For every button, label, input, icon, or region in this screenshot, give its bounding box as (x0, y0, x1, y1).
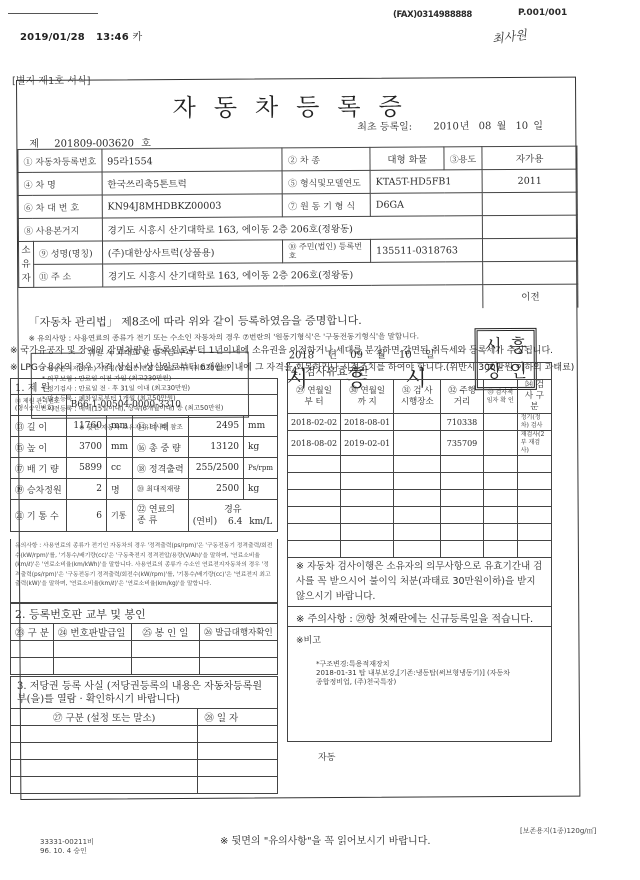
rated-output-value: 255/2500 (188, 458, 243, 479)
insp-confirm (483, 414, 517, 431)
gross-weight-unit: kg (244, 437, 278, 458)
length-unit: mm (106, 416, 132, 437)
empty-cell (341, 524, 394, 541)
form-approval: 96. 10. 4 승인 (40, 847, 94, 856)
empty-cell (394, 490, 441, 507)
empty-cell (131, 641, 199, 658)
inspection-section-title: 4. 검사유효기간 (288, 363, 552, 380)
remarks-line: 2018-01-31 탑 내부보강,[기존:냉동탑(써브형냉동기)] (자동차 (316, 669, 543, 678)
empty-cell (288, 524, 341, 541)
fuel-label: ㉒ 연료의 종 류 (133, 500, 189, 532)
empty-cell (198, 743, 278, 760)
insp-place (394, 431, 441, 456)
insp-from: 2018-08-02 (288, 431, 341, 456)
owner-id-value: 135511-0318763 (371, 239, 483, 263)
empty-cell (288, 507, 341, 524)
first-registration-date: 최초 등록일: 2010년 08 월 10 일 (357, 117, 543, 133)
lien-section-title: 3. 저당권 등록 사실 (저당권등록의 내용은 자동차등록원부(을)를 열람 … (11, 677, 278, 709)
empty-cell (288, 456, 341, 473)
empty-cell (131, 658, 199, 675)
fax-date: 2019/01/28 (20, 32, 85, 43)
efficiency-row: (연비) 6.4 km/L (193, 516, 273, 528)
vin-value: KN94J8MHDBKZ00003 (102, 194, 283, 218)
max-load-value: 2500 (188, 479, 243, 500)
fuel-value: 경유 (193, 504, 273, 516)
owner-name-label: ⑨ 성명(명칭) (33, 241, 102, 264)
empty-cell (198, 760, 278, 777)
empty-cell (483, 524, 517, 541)
empty-cell (200, 641, 278, 658)
height-label: ⑮ 높 이 (11, 437, 67, 458)
seats-unit: 명 (106, 479, 132, 500)
model-label: ⑤ 형식및모델연도 (283, 170, 371, 194)
empty-cell (394, 473, 441, 490)
insp-to: 2019-02-01 (341, 431, 394, 456)
handwritten-signature: 최사원 (491, 26, 528, 48)
empty-cell (517, 456, 551, 473)
fuel-cell: 경유 (연비) 6.4 km/L (188, 500, 277, 532)
empty-cell (11, 777, 198, 794)
empty-cell (441, 456, 484, 473)
width-unit: mm (244, 416, 278, 437)
reg-no-label: ① 자동차등록번호 (18, 149, 102, 173)
first-reg-day-unit: 일 (533, 121, 543, 132)
inspection-col-header: ㉚ 연월일 까 지 (341, 380, 394, 414)
lien-table: 3. 저당권 등록 사실 (저당권등록의 내용은 자동차등록원부(을)를 열람 … (10, 676, 278, 794)
fax-timestamp: 2019/01/28 13:46 카 (20, 28, 142, 43)
garage-label: ⑧ 사용본거지 (18, 218, 102, 242)
empty-cell (483, 238, 578, 262)
plate-col-header: ㉓ 구 분 (11, 624, 54, 641)
empty-cell (441, 473, 484, 490)
empty-cell (394, 524, 441, 541)
read-back-notice: ※ 뒷면의 "유의사항"을 꼭 읽어보시기 바랍니다. (220, 832, 431, 847)
displacement-label: ⑰ 배 기 량 (11, 458, 67, 479)
garage-value: 경기도 시흥시 산기대학로 163, 에이동 2층 206호(정왕동) (102, 216, 483, 241)
owner-address-value: 경기도 시흥시 산기대학로 163, 에이동 2층 206호(정왕동) (102, 262, 483, 287)
rated-output-unit: Ps/rpm (244, 458, 278, 479)
form-code-block: 33331-00211비 96. 10. 4 승인 (40, 838, 94, 856)
empty-cell (394, 456, 441, 473)
empty-cell (341, 473, 394, 490)
plate-table: 2. 등록번호판 교부 및 봉인 ㉓ 구 분 ㉔ 번호판발급일 ㉕ 봉 인 일 … (10, 603, 278, 675)
insp-confirm (483, 431, 517, 456)
empty-cell (441, 490, 484, 507)
auto-label: 자동 (318, 750, 335, 763)
remarks-line: *구조변경:특용적재장치 (316, 660, 543, 669)
owner-name-value: (주)대한상사트럭(상품용) (102, 240, 283, 264)
empty-cell (341, 456, 394, 473)
fax-number: (FAX)0314988888 (393, 10, 472, 20)
inspection-col-header: ㉞ 검 사 구 분 (517, 380, 551, 414)
empty-cell (200, 658, 278, 675)
empty-cell (394, 507, 441, 524)
specs-section-title: 1. 제 원 (11, 379, 278, 395)
fax-page: P.001/001 (518, 8, 567, 18)
table-row: ⑧ 사용본거지 경기도 시흥시 산기대학로 163, 에이동 2층 206호(정… (18, 215, 577, 241)
paper-spec: [보존용지(1종)120g/㎡] (520, 826, 596, 836)
efficiency-label: (연비) (193, 517, 217, 527)
table-row: ⑥ 차 대 번 호 KN94J8MHDBKZ00003 ⑦ 원 동 기 형 식 … (18, 192, 577, 218)
remarks-line: 종합정비업, (주)천국특장) (316, 678, 543, 687)
fuel-type-note: ※ 유의사항 : 사용연료의 종류가 전기 또는 수소인 자동차의 경우 ⑦번란… (29, 331, 419, 344)
reg-no-value: 95라1554 (102, 148, 283, 172)
max-load-unit: kg (244, 479, 278, 500)
efficiency-value: 6.4 (228, 517, 242, 527)
vehicle-info-table: ① 자동차등록번호 95라1554 ② 차 종 대형 화물 ③용도 자가용 ④ … (17, 146, 578, 311)
lien-col-header: ㉗ 구분 (설정 또는 말소) (11, 709, 198, 726)
inspection-col-header: ㉛ 검 사 시행장소 (394, 380, 441, 414)
vehicle-name-label: ④ 차 명 (18, 172, 102, 196)
model-value: KTA5T-HD5FB1 (370, 170, 482, 194)
gross-weight-value: 13120 (188, 437, 243, 458)
fax-top-rule (8, 13, 98, 14)
fax-time-suffix: 카 (133, 32, 143, 43)
certification-statement: 「자동차 관리법」 제8조에 따라 위와 같이 등록하였음을 증명합니다. (28, 312, 361, 330)
insp-mileage: 710338 (441, 414, 484, 431)
empty-cell (517, 473, 551, 490)
first-reg-year-unit: 년 (460, 121, 470, 132)
form-code: 33331-00211비 (40, 838, 94, 847)
empty-cell (483, 261, 578, 285)
remarks-label: ※비고 (296, 633, 543, 646)
empty-cell (11, 658, 54, 675)
plate-section-title: 2. 등록번호판 교부 및 봉인 (11, 604, 278, 624)
insp-to: 2018-08-01 (341, 414, 394, 431)
gross-weight-label: ⑯ 총 중 량 (133, 437, 189, 458)
height-unit: mm (106, 437, 132, 458)
plate-col-header: ㉖ 발급대행자확인 (200, 624, 278, 641)
table-row: ④ 차 명 한국쓰리축5톤트럭 ⑤ 형식및모델연도 KTA5T-HD5FB1 2… (18, 169, 577, 195)
remarks-box: ※비고 *구조변경:특용적재장치 2018-01-31 탑 내부보강,[기존:냉… (287, 627, 552, 742)
empty-cell (53, 641, 131, 658)
inspection-col-header: ㉙ 연월일 부 터 (288, 380, 341, 414)
vehicle-type-label: ② 차 종 (282, 147, 370, 171)
empty-cell (11, 726, 198, 743)
engine-label: ⑦ 원 동 기 형 식 (283, 193, 371, 217)
inspection-caution: ※ 주의사항 : ㉙항 첫째란에는 신규등록일을 적습니다. (287, 607, 552, 627)
empty-cell (517, 507, 551, 524)
rated-output-label: ⑱ 정격출력 (133, 458, 189, 479)
empty-cell (53, 658, 131, 675)
cylinders-value: 6 (66, 500, 106, 532)
empty-cell (483, 473, 517, 490)
empty-cell (11, 641, 54, 658)
vin-label: ⑥ 차 대 번 호 (18, 195, 102, 219)
remarks-body: *구조변경:특용적재장치 2018-01-31 탑 내부보강,[기존:냉동탑(써… (316, 660, 543, 687)
empty-cell (198, 777, 278, 794)
table-row: 이전 (19, 284, 578, 310)
empty-cell (483, 215, 578, 239)
owner-side-label: 소유자 (18, 241, 33, 287)
inspection-col-header: ㉜ 주행 거리 (441, 380, 484, 414)
insp-place (394, 414, 441, 431)
first-reg-month: 08 (479, 121, 492, 132)
empty-cell (11, 760, 198, 777)
table-row: 2018-08-02 2019-02-01 735709 재검사(2부 재검사) (288, 431, 552, 456)
empty-cell (11, 743, 198, 760)
vehicle-name-value: 한국쓰리축5톤트럭 (102, 171, 283, 195)
use-label: ③용도 (444, 147, 482, 170)
lien-col-header: ㉘ 일 자 (198, 709, 278, 726)
mgmt-no-value: B66-1-00504-0000-3310 (66, 395, 277, 416)
empty-cell (341, 507, 394, 524)
table-row: ① 자동차등록번호 95라1554 ② 차 종 대형 화물 ③용도 자가용 (18, 146, 577, 172)
inspection-warning: ※ 자동차 검사이행은 소유자의 의무사항으로 유효기간내 검사를 꼭 받으시어… (287, 555, 552, 607)
seats-value: 2 (66, 479, 106, 500)
insp-from: 2018-02-02 (288, 414, 341, 431)
length-label: ⑬ 길 이 (11, 416, 67, 437)
empty-cell (19, 285, 483, 311)
empty-cell (482, 192, 577, 216)
use-value: 자가용 (482, 146, 577, 170)
cylinders-unit: 기통 (106, 500, 132, 532)
notice-line: ※ 국가유공자 및 장애인 감면차량은 등록일로부터 1년이내에 소유권을 이전… (10, 343, 553, 356)
insp-kind: 재검사(2부 재검사) (517, 431, 551, 456)
empty-cell (198, 726, 278, 743)
max-load-label: ⑳ 최대적재량 (133, 479, 189, 500)
plate-col-header: ㉕ 봉 인 일 (131, 624, 199, 641)
fax-time: 13:46 (96, 32, 129, 43)
mgmt-no-label: ⑫ 제원 관리번호 (형식승인번호) (11, 395, 67, 416)
transfer-note: 이전 (483, 284, 578, 308)
inspection-col-header: ㉝ 검사책임자 확 인 (483, 380, 517, 414)
empty-cell (288, 473, 341, 490)
table-row: 2018-02-02 2018-08-01 710338 정기(정차) 검사 (288, 414, 552, 431)
empty-cell (483, 507, 517, 524)
insp-mileage: 735709 (441, 431, 484, 456)
empty-cell (341, 490, 394, 507)
empty-cell (517, 490, 551, 507)
empty-cell (483, 456, 517, 473)
vehicle-type-value: 대형 화물 (370, 147, 444, 170)
table-row: ⑪ 주 소 경기도 시흥시 산기대학로 163, 에이동 2층 206호(정왕동… (19, 261, 578, 287)
engine-value: D6GA (370, 193, 482, 217)
inspection-table: 4. 검사유효기간 ㉙ 연월일 부 터 ㉚ 연월일 까 지 ㉛ 검 사 시행장소… (287, 362, 552, 558)
first-reg-year: 2010 (433, 121, 459, 132)
first-reg-day: 10 (515, 121, 528, 132)
width-value: 2495 (188, 416, 243, 437)
owner-id-label: ⑩ 주민(법인) 등록번호 (283, 239, 371, 263)
model-year-value: 2011 (482, 169, 577, 193)
plate-col-header: ㉔ 번호판발급일 (53, 624, 131, 641)
height-value: 3700 (66, 437, 106, 458)
owner-address-label: ⑪ 주 소 (34, 264, 103, 287)
empty-cell (441, 524, 484, 541)
displacement-unit: cc (106, 458, 132, 479)
specs-table: 1. 제 원 ⑫ 제원 관리번호 (형식승인번호) B66-1-00504-00… (10, 378, 278, 532)
empty-cell (483, 490, 517, 507)
empty-cell (517, 524, 551, 541)
cylinders-label: ㉑ 기 통 수 (11, 500, 67, 532)
first-reg-month-unit: 월 (497, 121, 507, 132)
seats-label: ⑲ 승차정원 (11, 479, 67, 500)
width-label: ⑭ 너 비 (133, 416, 189, 437)
specs-note: 유의사항 : 사용연료의 종류가 전기인 자동차의 경우 '정격출력(ps/rp… (10, 539, 278, 603)
length-value: 11760 (66, 416, 106, 437)
efficiency-unit: km/L (249, 517, 272, 527)
empty-cell (288, 490, 341, 507)
table-row: 소유자 ⑨ 성명(명칭) (주)대한상사트럭(상품용) ⑩ 주민(법인) 등록번… (18, 238, 577, 264)
displacement-value: 5899 (66, 458, 106, 479)
insp-kind: 정기(정차) 검사 (517, 414, 551, 431)
empty-cell (441, 507, 484, 524)
first-reg-label: 최초 등록일: (357, 122, 412, 133)
